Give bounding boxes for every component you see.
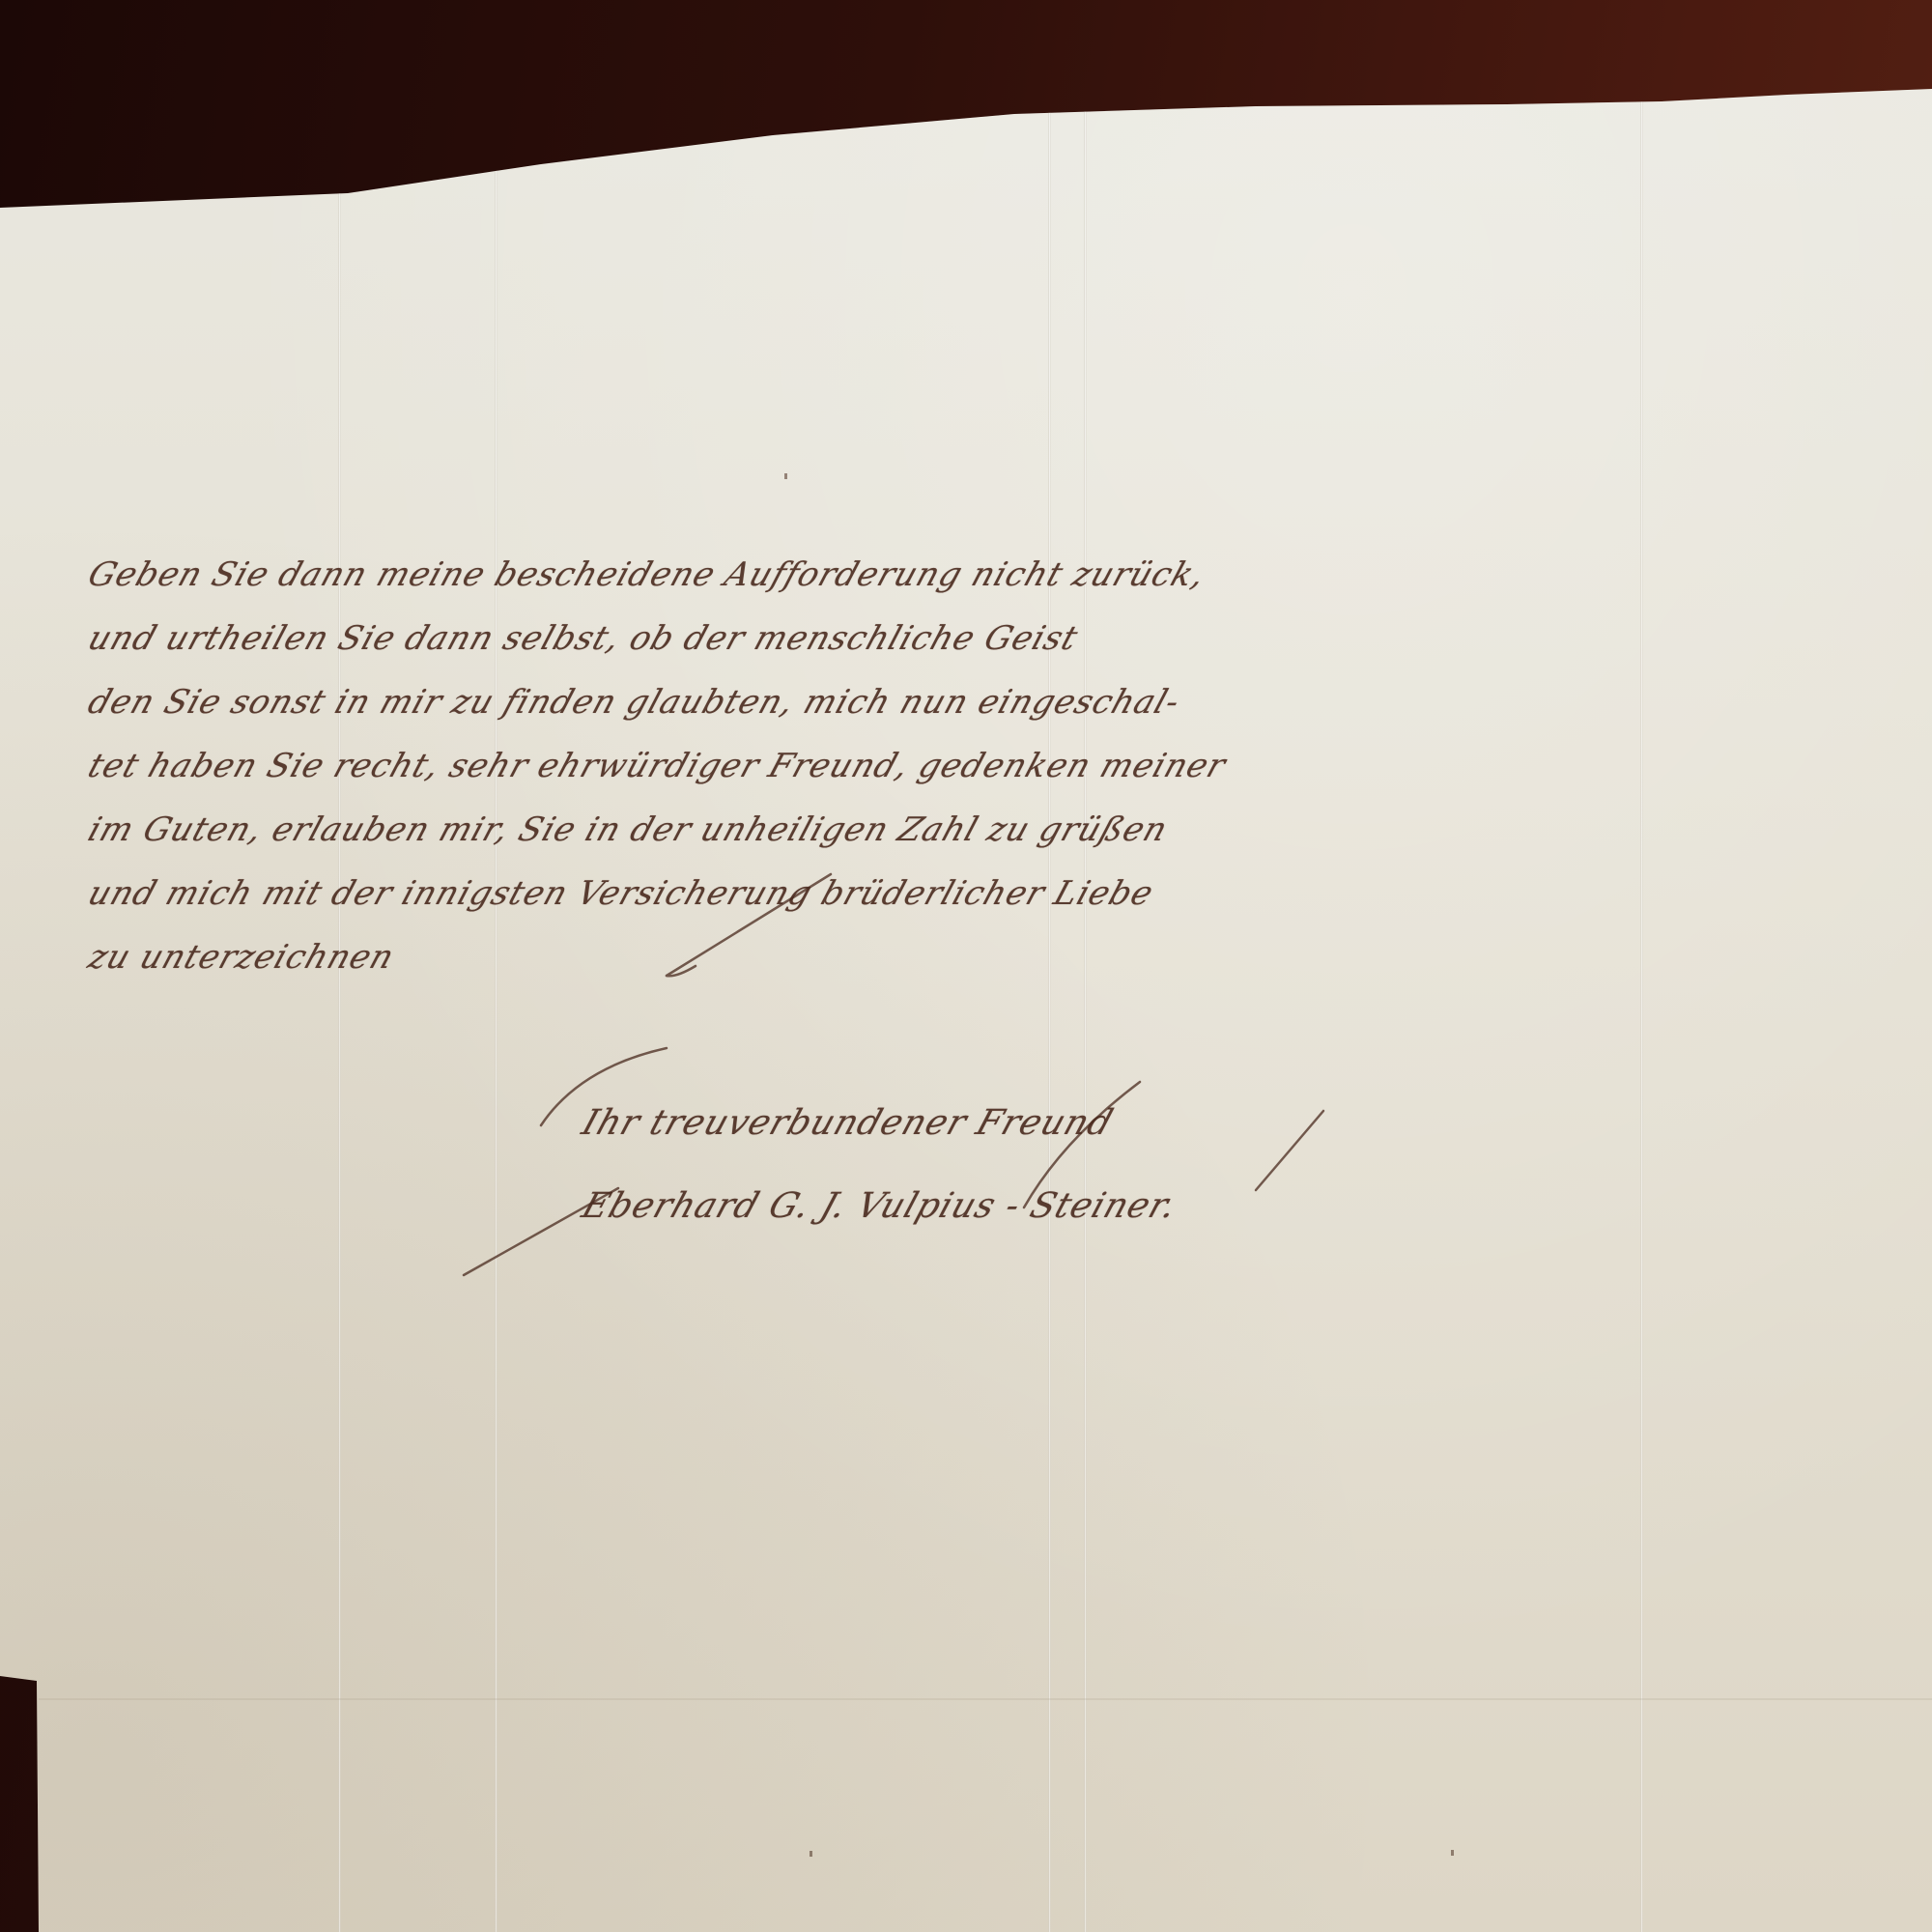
fold-line [1640, 0, 1643, 1932]
letter-line: und mich mit der innigsten Versicherung … [79, 862, 1626, 925]
ink-speck [784, 473, 787, 479]
signature: Eberhard G. J. Vulpius - Steiner. [570, 1165, 1189, 1248]
letter-line: Geben Sie dann meine bescheidene Aufford… [79, 543, 1626, 607]
letter-paper: Geben Sie dann meine bescheidene Aufford… [0, 0, 1932, 1932]
horizontal-crease [39, 1698, 1932, 1700]
letter-line: zu unterzeichnen [79, 925, 1626, 989]
valediction: Ihr treuverbundener Freund [570, 1082, 1189, 1165]
letter-closing: Ihr treuverbundener Freund Eberhard G. J… [570, 1082, 1162, 1248]
letter-line: den Sie sonst in mir zu finden glaubten,… [79, 670, 1626, 734]
ink-speck [1451, 1850, 1454, 1856]
letter-line: tet haben Sie recht, sehr ehrwürdiger Fr… [79, 734, 1626, 798]
ink-speck [810, 1851, 812, 1857]
letter-line: und urtheilen Sie dann selbst, ob der me… [79, 607, 1626, 670]
letter-line: im Guten, erlauben mir, Sie in der unhei… [79, 798, 1626, 862]
photo-scene: Geben Sie dann meine bescheidene Aufford… [0, 0, 1932, 1932]
letter-body: Geben Sie dann meine bescheidene Aufford… [79, 543, 1605, 989]
